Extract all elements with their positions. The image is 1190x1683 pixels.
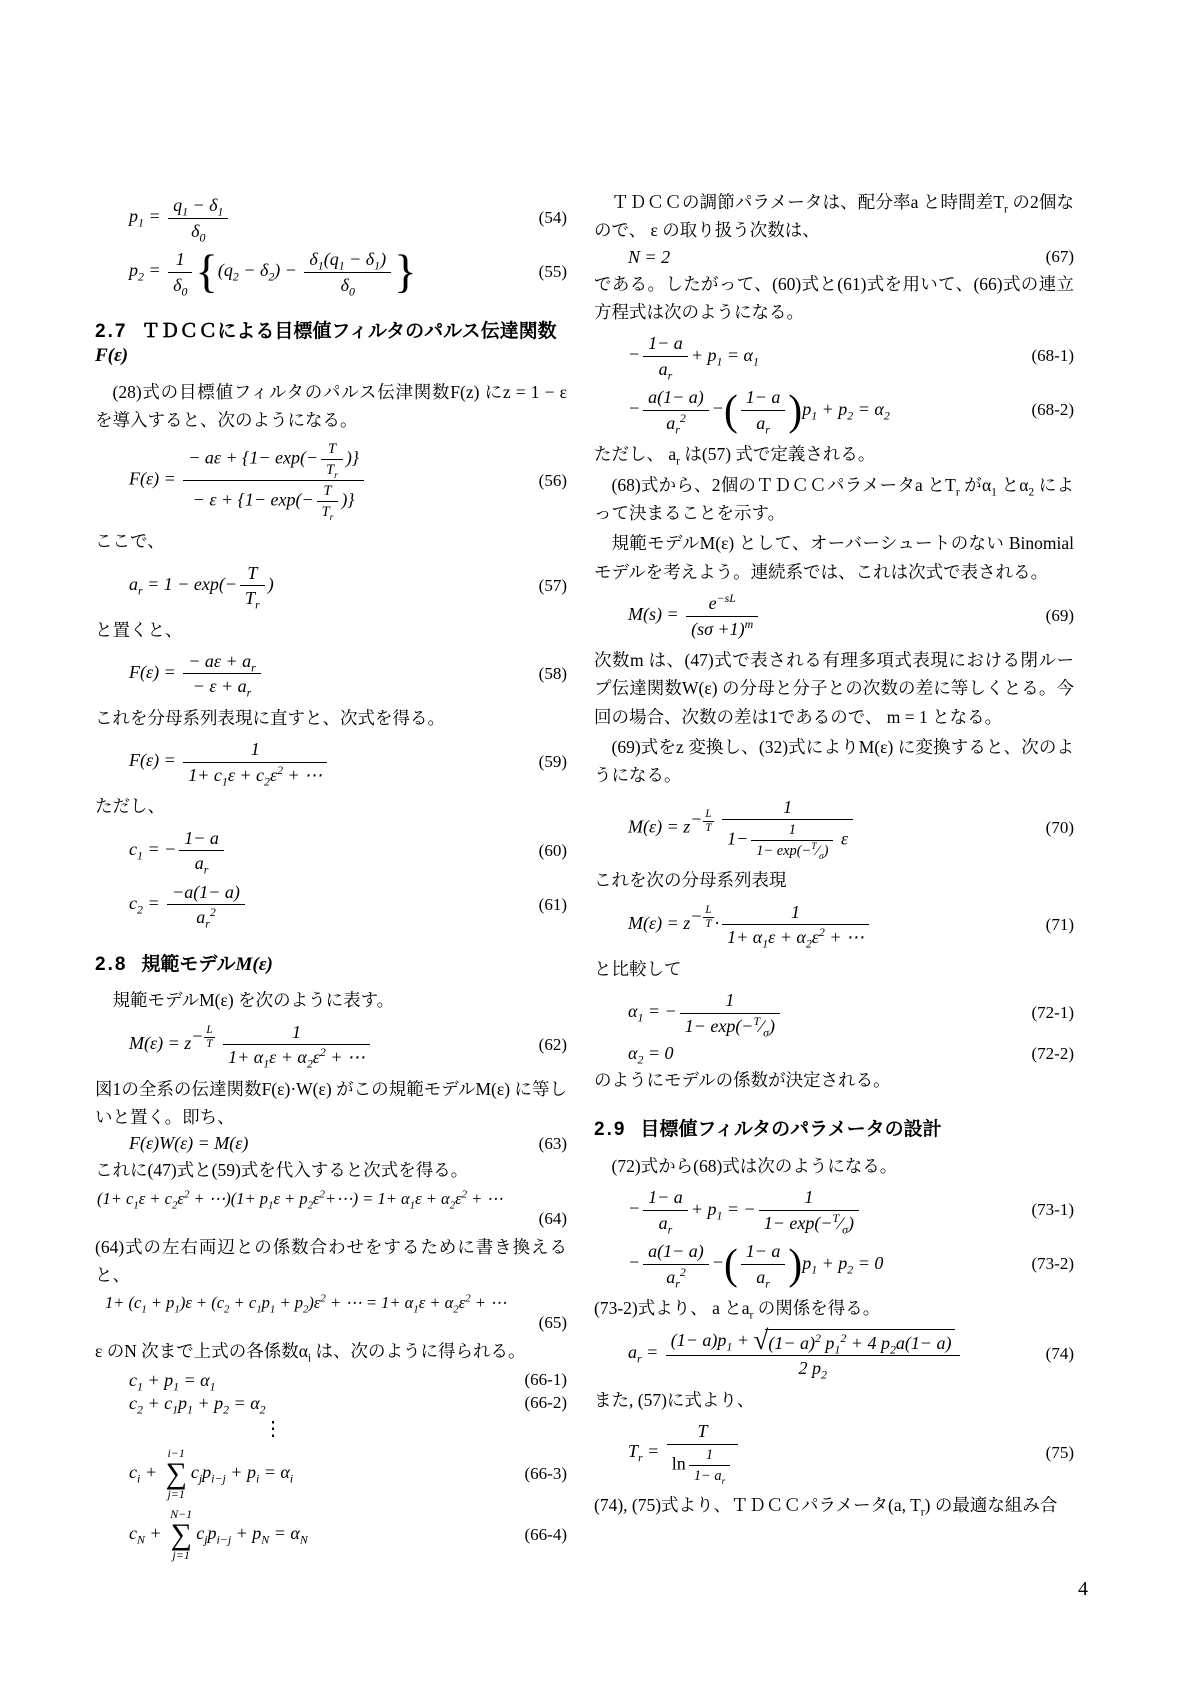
equation-74: ar = (1− a)p1 + √(1− a)2 p12 + 4 p2a(1− … xyxy=(628,1329,1074,1380)
equation-number: (73-1) xyxy=(1032,1200,1074,1220)
equation-63: F(ε)W(ε) = M(ε) (63) xyxy=(129,1133,567,1154)
equation-66-3: ci + i−1∑j=1cjpi−j + pi = αi (66-3) xyxy=(129,1447,567,1502)
equation-body: c1 + p1 = α1 xyxy=(129,1370,216,1391)
section-heading-2-7: 2.7ＴＤＣＣによる目標値フィルタのパルス伝達関数F(ε) xyxy=(95,320,567,368)
equation-body: −1− aar+ p1 = α1 xyxy=(628,332,759,380)
equation-number: (54) xyxy=(539,208,567,228)
vertical-ellipsis: ⋮ xyxy=(263,1416,567,1441)
paragraph: である。したがって、(60)式と(61)式を用いて、(66)式の連立方程式は次の… xyxy=(594,270,1074,327)
equation-body: ci + i−1∑j=1cjpi−j + pi = αi xyxy=(129,1447,293,1502)
paragraph: (68)式から、2個のＴＤＣＣパラメータa とTr がα1 とα2 によって決ま… xyxy=(594,471,1074,528)
equation-number: (70) xyxy=(1046,818,1074,838)
paragraph: 規範モデルM(ε) を次のように表す。 xyxy=(95,986,567,1014)
equation-body: F(ε) = 11+ c1ε + c2ε2 + ⋯ xyxy=(129,738,330,786)
paragraph: ここで、 xyxy=(95,527,567,555)
paragraph: また, (57)に式より、 xyxy=(594,1386,1074,1414)
paragraph: ＴＤＣＣの調節パラメータは、配分率a と時間差Tr の2個なので、 ε の取り扱… xyxy=(594,188,1074,245)
equation-body: M(ε) = z−LT 11−11− exp(−T∕σ) ε xyxy=(628,796,856,861)
equation-body: cN + N−1∑j=1cjpi−j + pN = αN xyxy=(129,1508,308,1563)
paragraph: のようにモデルの係数が決定される。 xyxy=(594,1066,1074,1094)
equation-body: ar = (1− a)p1 + √(1− a)2 p12 + 4 p2a(1− … xyxy=(628,1329,963,1380)
equation-body: F(ε)W(ε) = M(ε) xyxy=(129,1133,248,1154)
equation-body: α2 = 0 xyxy=(628,1043,674,1064)
equation-number: (68-2) xyxy=(1032,400,1074,420)
section-heading-2-9: 2.9目標値フィルタのパラメータの設計 xyxy=(594,1118,1074,1142)
equation-number: (66-2) xyxy=(525,1393,567,1413)
equation-number: (56) xyxy=(539,471,567,491)
equation-75: Tr = Tln11− ar (75) xyxy=(628,1420,1074,1485)
equation-number: (64) xyxy=(95,1209,567,1229)
paragraph: これに(47)式と(59)式を代入すると次式を得る。 xyxy=(95,1156,567,1184)
sigma-icon: ∑ xyxy=(165,1460,186,1489)
equation-body: N = 2 xyxy=(628,247,670,268)
equation-number: (68-1) xyxy=(1032,346,1074,366)
equation-number: (66-3) xyxy=(525,1464,567,1484)
equation-number: (72-1) xyxy=(1032,1003,1074,1023)
equation-number: (66-1) xyxy=(525,1370,567,1390)
equation-61: c2 = −a(1− a)ar2 (61) xyxy=(129,881,567,929)
paragraph: 規範モデルM(ε) として、オーバーシュートのない Binomial モデルを考… xyxy=(594,529,1074,586)
equation-number: (72-2) xyxy=(1032,1044,1074,1064)
paragraph: 図1の全系の伝達関数F(ε)·W(ε) がこの規範モデルM(ε) に等しいと置く… xyxy=(95,1075,567,1132)
page-number: 4 xyxy=(1078,1578,1088,1601)
equation-number: (74) xyxy=(1046,1344,1074,1364)
equation-number: (71) xyxy=(1046,915,1074,935)
equation-body: α1 = −11− exp(−T∕σ) xyxy=(628,989,783,1037)
equation-68-2: −a(1− a)ar2−(1− aar)p1 + p2 = α2 (68-2) xyxy=(628,386,1074,434)
equation-number: (75) xyxy=(1046,1443,1074,1463)
paragraph: (69)式をz 変換し、(32)式によりM(ε) に変換すると、次のようになる。 xyxy=(594,733,1074,790)
equation-60: c1 = −1− aar (60) xyxy=(129,827,567,875)
equation-body: −a(1− a)ar2−(1− aar)p1 + p2 = 0 xyxy=(628,1240,883,1288)
equation-number: (69) xyxy=(1046,606,1074,626)
equation-number: (60) xyxy=(539,841,567,861)
equation-65: 1+ (c1 + p1)ε + (c2 + c1p1 + p2)ε2 + ⋯ =… xyxy=(105,1293,567,1313)
equation-67: N = 2 (67) xyxy=(628,247,1074,268)
equation-57: ar = 1 − exp(−TTr) (57) xyxy=(129,562,567,610)
equation-number: (62) xyxy=(539,1035,567,1055)
equation-number: (66-4) xyxy=(525,1525,567,1545)
equation-73-2: −a(1− a)ar2−(1− aar)p1 + p2 = 0 (73-2) xyxy=(628,1240,1074,1288)
equation-body: M(ε) = z−LT 11+ α1ε + α2ε2 + ⋯ xyxy=(129,1021,373,1069)
equation-59: F(ε) = 11+ c1ε + c2ε2 + ⋯ (59) xyxy=(129,738,567,786)
sigma-icon: ∑ xyxy=(170,1521,191,1550)
equation-body: M(s) = e−sL(sσ +1)m xyxy=(628,592,761,640)
equation-number: (55) xyxy=(539,262,567,282)
equation-number: (65) xyxy=(95,1313,567,1333)
equation-68-1: −1− aar+ p1 = α1 (68-1) xyxy=(628,332,1074,380)
section-heading-2-8: 2.8規範モデルM(ε) xyxy=(95,953,567,977)
equation-body: M(ε) = z−LT·11+ α1ε + α2ε2 + ⋯ xyxy=(628,901,872,949)
summation: i−1∑j=1 xyxy=(165,1447,186,1502)
equation-body: c2 + c1p1 + p2 = α2 xyxy=(129,1393,266,1414)
equation-body: F(ε) = − aε + ar− ε + ar xyxy=(129,650,264,698)
paragraph: (64)式の左右両辺との係数合わせをするために書き換えると、 xyxy=(95,1233,567,1290)
equation-71: M(ε) = z−LT·11+ α1ε + α2ε2 + ⋯ (71) xyxy=(628,901,1074,949)
equation-body: p1 = q1 − δ1δ0 xyxy=(129,194,231,242)
equation-54: p1 = q1 − δ1δ0 (54) xyxy=(129,194,567,242)
equation-72-1: α1 = −11− exp(−T∕σ) (72-1) xyxy=(628,989,1074,1037)
equation-69: M(s) = e−sL(sσ +1)m (69) xyxy=(628,592,1074,640)
equation-number: (59) xyxy=(539,752,567,772)
equation-64: (1+ c1ε + c2ε2 + ⋯)(1+ p1ε + p2ε2+⋯) = 1… xyxy=(97,1189,567,1209)
paragraph: ただし、 xyxy=(95,792,567,820)
equation-body: c2 = −a(1− a)ar2 xyxy=(129,881,248,929)
equation-number: (63) xyxy=(539,1134,567,1154)
equation-72-2: α2 = 0 (72-2) xyxy=(628,1043,1074,1064)
equation-55: p2 = 1δ0{(q2 − δ2) − δ1(q1 − δ1)δ0} (55) xyxy=(129,248,567,296)
equation-body: F(ε) = − aε + {1− exp(−TTr)}− ε + {1− ex… xyxy=(129,440,367,521)
paragraph: と比較して xyxy=(594,955,1074,983)
equation-62: M(ε) = z−LT 11+ α1ε + α2ε2 + ⋯ (62) xyxy=(129,1021,567,1069)
paragraph: これを分母系列表現に直すと、次式を得る。 xyxy=(95,704,567,732)
paragraph: これを次の分母系列表現 xyxy=(594,866,1074,894)
equation-body: ar = 1 − exp(−TTr) xyxy=(129,562,274,610)
equation-73-1: −1− aar+ p1 = −11− exp(−T∕σ) (73-1) xyxy=(628,1186,1074,1234)
equation-70: M(ε) = z−LT 11−11− exp(−T∕σ) ε (70) xyxy=(628,796,1074,861)
equation-number: (61) xyxy=(539,895,567,915)
equation-66-1: c1 + p1 = α1 (66-1) xyxy=(129,1370,567,1391)
right-column: ＴＤＣＣの調節パラメータは、配分率a と時間差Tr の2個なので、 ε の取り扱… xyxy=(594,188,1074,1521)
paragraph: 次数m は、(47)式で表される有理多項式表現における閉ループ伝達関数W(ε) … xyxy=(594,646,1074,731)
equation-number: (73-2) xyxy=(1032,1254,1074,1274)
left-column: p1 = q1 − δ1δ0 (54) p2 = 1δ0{(q2 − δ2) −… xyxy=(95,188,567,1568)
equation-body: c1 = −1− aar xyxy=(129,827,227,875)
paragraph: と置くと、 xyxy=(95,616,567,644)
equation-number: (67) xyxy=(1046,247,1074,267)
equation-body: p2 = 1δ0{(q2 − δ2) − δ1(q1 − δ1)δ0} xyxy=(129,248,417,296)
paragraph: (28)式の目標値フィルタのパルス伝津関数F(z) にz = 1 − ε を導入… xyxy=(95,378,567,435)
paragraph: (73-2)式より、 a とar の関係を得る。 xyxy=(594,1294,1074,1322)
equation-body: −a(1− a)ar2−(1− aar)p1 + p2 = α2 xyxy=(628,386,890,434)
equation-number: (58) xyxy=(539,664,567,684)
paragraph: ε のN 次まで上式の各係数αi は、次のように得られる。 xyxy=(95,1337,567,1365)
equation-body: −1− aar+ p1 = −11− exp(−T∕σ) xyxy=(628,1186,862,1234)
equation-body: Tr = Tln11− ar xyxy=(628,1420,741,1485)
equation-56: F(ε) = − aε + {1− exp(−TTr)}− ε + {1− ex… xyxy=(129,440,567,521)
equation-66-2: c2 + c1p1 + p2 = α2 (66-2) xyxy=(129,1393,567,1414)
equation-58: F(ε) = − aε + ar− ε + ar (58) xyxy=(129,650,567,698)
summation: N−1∑j=1 xyxy=(170,1508,192,1563)
equation-number: (57) xyxy=(539,576,567,596)
paragraph: (74), (75)式より、ＴＤＣＣパラメータ(a, Tr) の最適な組み合 xyxy=(594,1491,1074,1519)
paragraph: ただし、 ar は(57) 式で定義される。 xyxy=(594,440,1074,468)
equation-66-4: cN + N−1∑j=1cjpi−j + pN = αN (66-4) xyxy=(129,1508,567,1563)
paragraph: (72)式から(68)式は次のようになる。 xyxy=(594,1152,1074,1180)
